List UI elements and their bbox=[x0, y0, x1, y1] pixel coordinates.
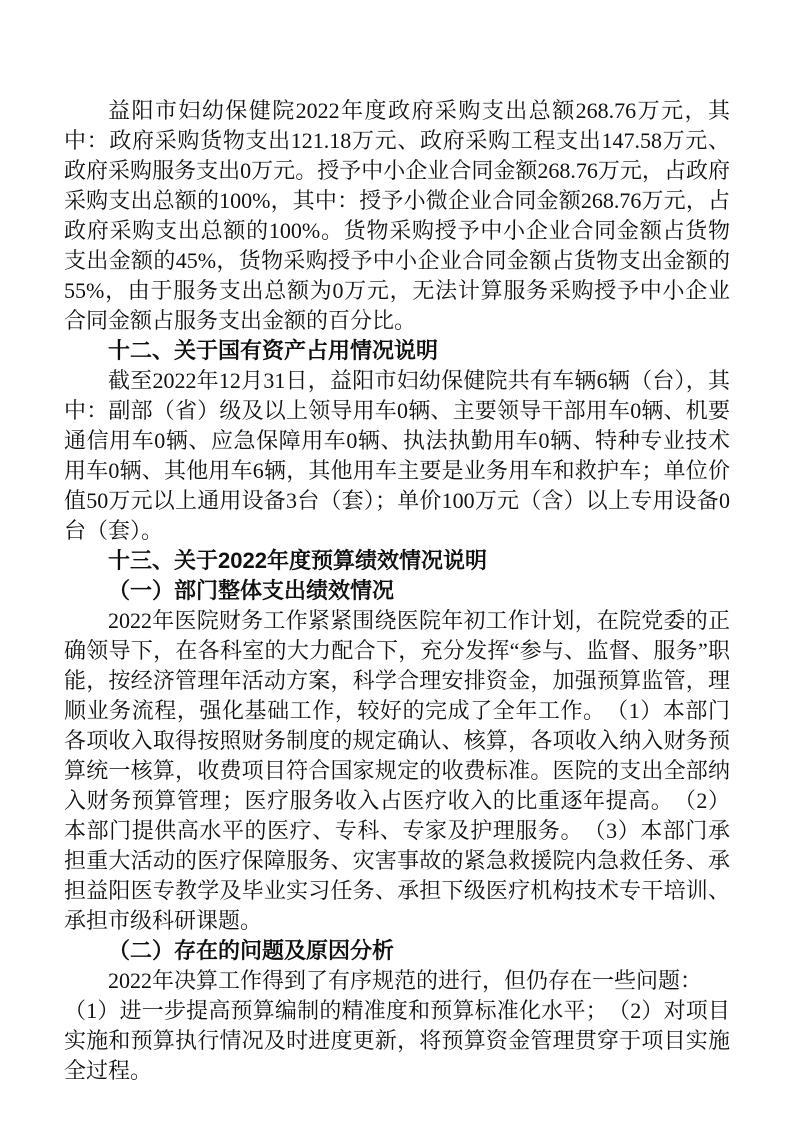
paragraph-vehicles-equipment: 截至2022年12月31日，益阳市妇幼保健院共有车辆6辆（台），其中：副部（省）… bbox=[64, 366, 730, 546]
heading-section-12-state-assets: 十二、关于国有资产占用情况说明 bbox=[64, 336, 730, 366]
heading-subsection-2-problems-analysis: （二）存在的问题及原因分析 bbox=[64, 936, 730, 966]
paragraph-government-procurement: 益阳市妇幼保健院2022年度政府采购支出总额268.76万元，其中：政府采购货物… bbox=[64, 96, 730, 336]
heading-section-13-budget-performance: 十三、关于2022年度预算绩效情况说明 bbox=[64, 546, 730, 576]
paragraph-problems-intro: 2022年决算工作得到了有序规范的进行，但仍存在一些问题： bbox=[64, 966, 730, 996]
heading-subsection-1-department-performance: （一）部门整体支出绩效情况 bbox=[64, 576, 730, 606]
paragraph-department-performance-detail: 2022年医院财务工作紧紧围绕医院年初工作计划，在院党委的正确领导下，在各科室的… bbox=[64, 606, 730, 936]
paragraph-problems-items: （1）进一步提高预算编制的精准度和预算标准化水平； （2）对项目实施和预算执行情… bbox=[64, 996, 730, 1086]
document-page: 益阳市妇幼保健院2022年度政府采购支出总额268.76万元，其中：政府采购货物… bbox=[0, 0, 793, 1122]
